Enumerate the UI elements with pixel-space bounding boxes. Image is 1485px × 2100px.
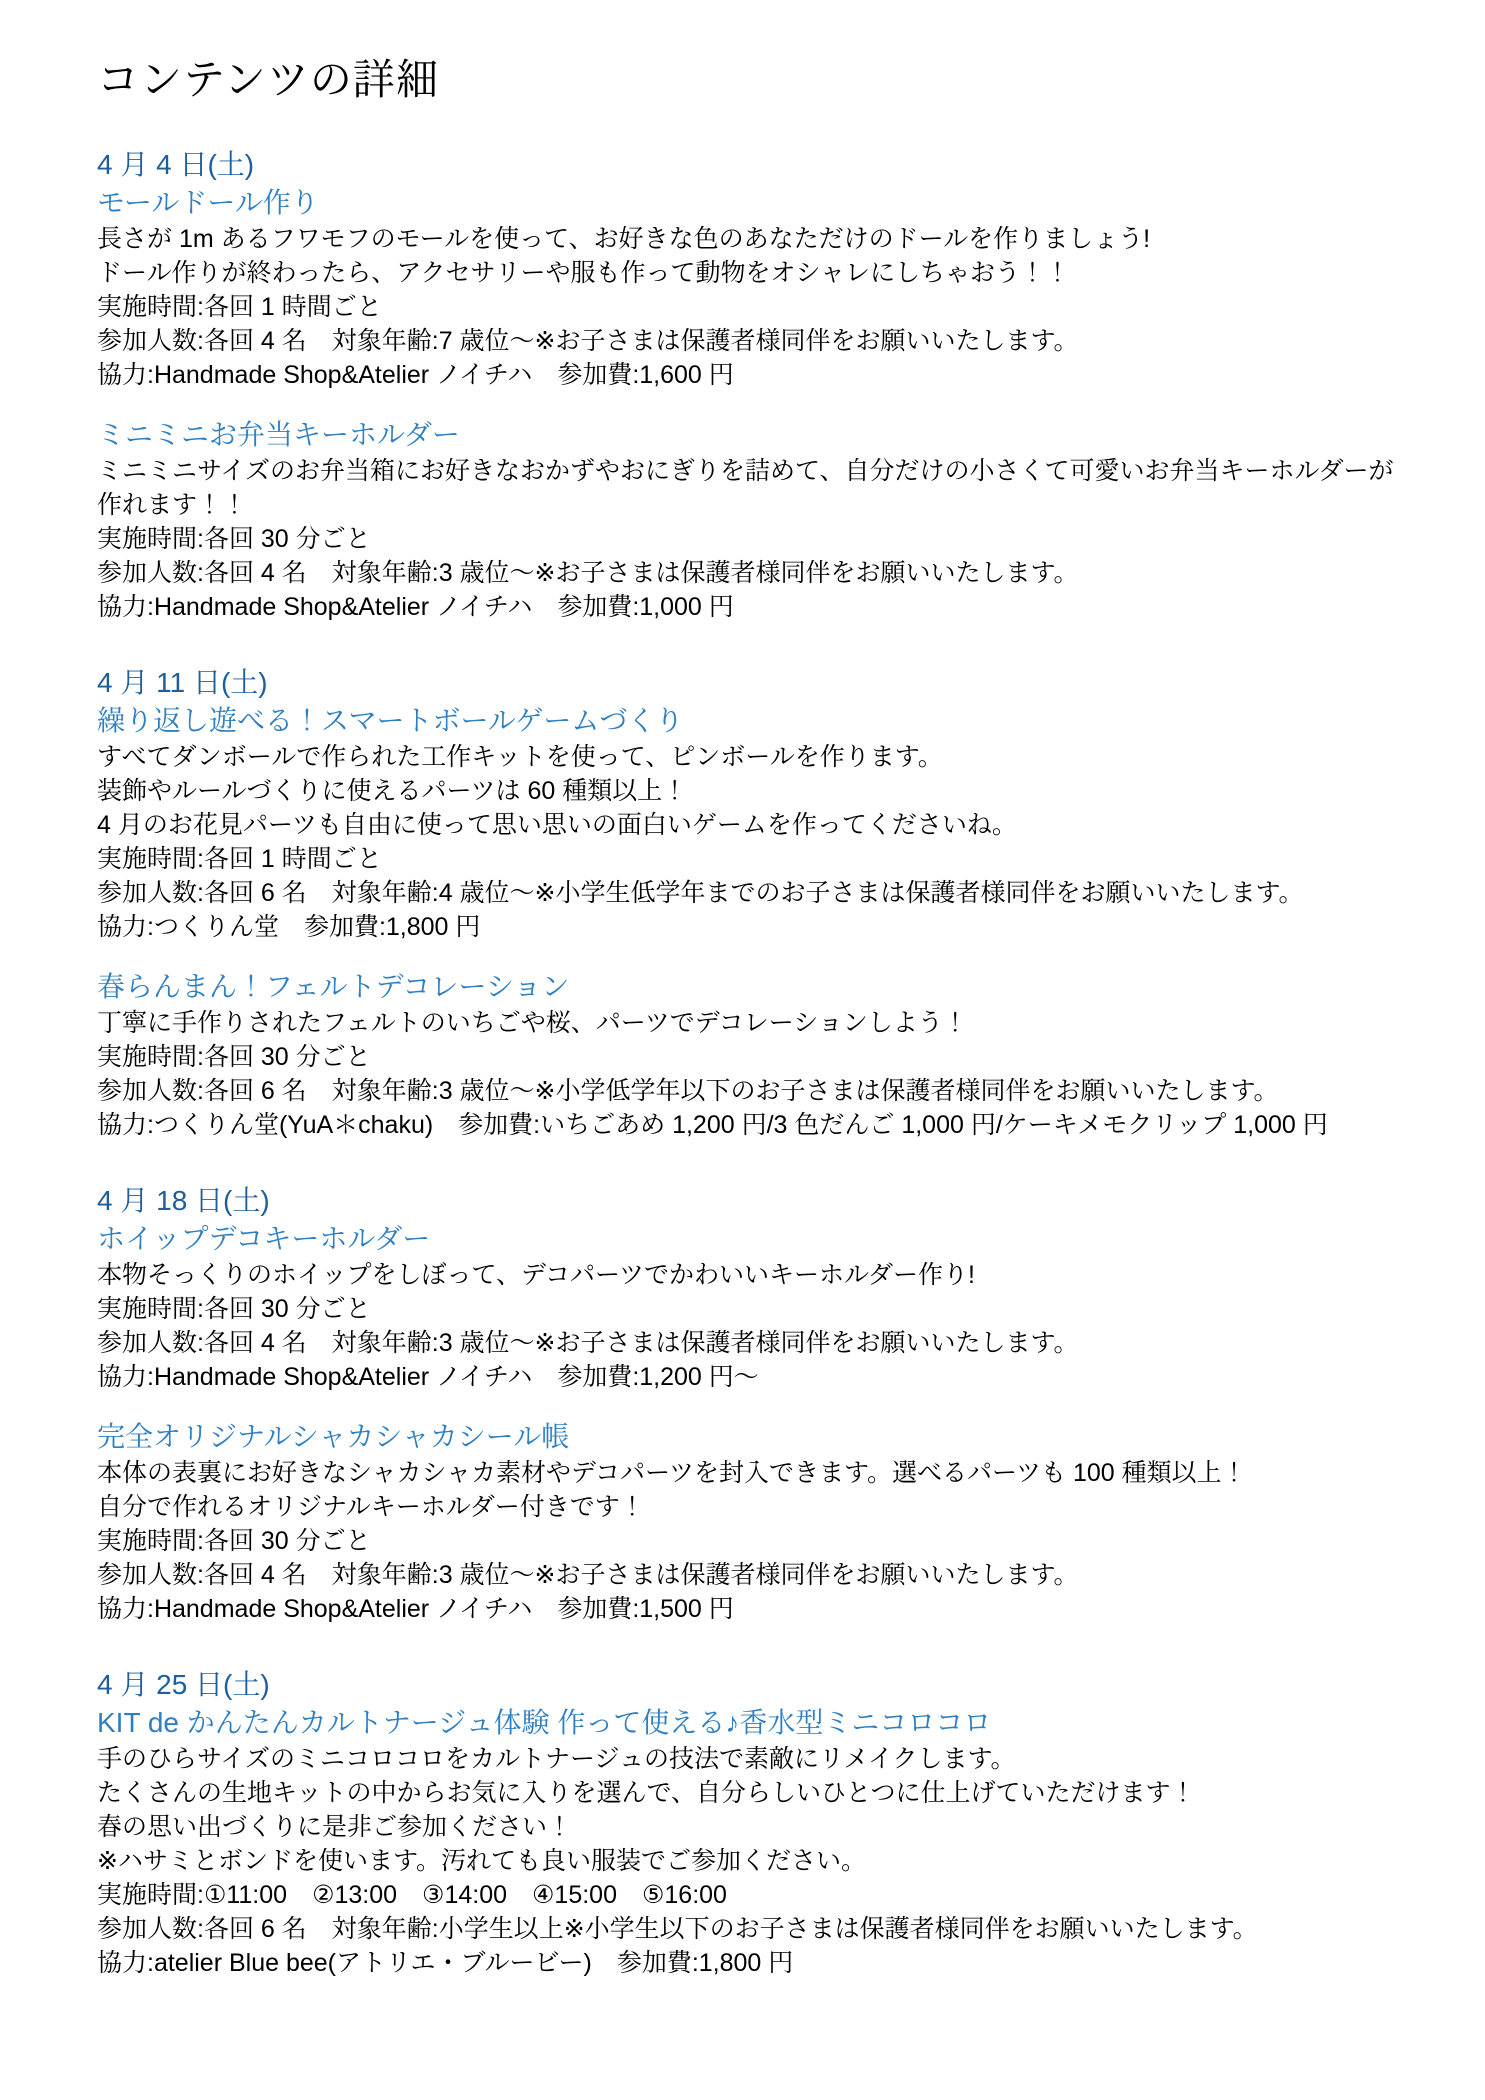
event-felt-decoration: 春らんまん！フェルトデコレーション 丁寧に手作りされたフェルトのいちごや桜、パー… bbox=[97, 968, 1445, 1142]
document-page: コンテンツの詳細 4 月 4 日(土) モールドール作り 長さが 1m あるフワ… bbox=[0, 0, 1485, 2100]
event-mini-bento-keyholder: ミニミニお弁当キーホルダー ミニミニサイズのお弁当箱にお好きなおかずやおにぎりを… bbox=[97, 416, 1445, 624]
event-description: 長さが 1m あるフワモフのモールを使って、お好きな色のあなただけのドールを作り… bbox=[97, 222, 1445, 256]
event-time: 実施時間:各回 1 時間ごと bbox=[97, 842, 1445, 876]
event-capacity-age: 参加人数:各回 6 名 対象年齢:小学生以上※小学生以下のお子さまは保護者様同伴… bbox=[97, 1912, 1445, 1946]
event-capacity-age: 参加人数:各回 4 名 対象年齢:7 歳位～※お子さまは保護者様同伴をお願いいた… bbox=[97, 324, 1445, 358]
event-description: 作れます！！ bbox=[97, 488, 1445, 522]
event-time: 実施時間:各回 30 分ごと bbox=[97, 1524, 1445, 1558]
event-shakashaka-sticker-book: 完全オリジナルシャカシャカシール帳 本体の表裏にお好きなシャカシャカ素材やデコパ… bbox=[97, 1418, 1445, 1626]
event-partner-fee: 協力:Handmade Shop&Atelier ノイチハ 参加費:1,500 … bbox=[97, 1592, 1445, 1626]
date-heading: 4 月 25 日(土) bbox=[97, 1666, 1445, 1704]
event-partner-fee: 協力:つくりん堂(YuA＊chaku) 参加費:いちごあめ 1,200 円/3 … bbox=[97, 1108, 1445, 1142]
date-group-april-11: 4 月 11 日(土) 繰り返し遊べる！スマートボールゲームづくり すべてダンボ… bbox=[97, 664, 1445, 1142]
event-partner-fee: 協力:atelier Blue bee(アトリエ・ブルービー) 参加費:1,80… bbox=[97, 1946, 1445, 1980]
event-whip-deco-keyholder: ホイップデコキーホルダー 本物そっくりのホイップをしぼって、デコパーツでかわいい… bbox=[97, 1220, 1445, 1394]
event-title: 春らんまん！フェルトデコレーション bbox=[97, 968, 1445, 1006]
date-group-april-4: 4 月 4 日(土) モールドール作り 長さが 1m あるフワモフのモールを使っ… bbox=[97, 146, 1445, 624]
event-description: ミニミニサイズのお弁当箱にお好きなおかずやおにぎりを詰めて、自分だけの小さくて可… bbox=[97, 454, 1445, 488]
event-description: 手のひらサイズのミニコロコロをカルトナージュの技法で素敵にリメイクします。 bbox=[97, 1742, 1445, 1776]
event-title: KIT de かんたんカルトナージュ体験 作って使える♪香水型ミニコロコロ bbox=[97, 1704, 1445, 1742]
event-description: 春の思い出づくりに是非ご参加ください！ bbox=[97, 1810, 1445, 1844]
event-smartball-game: 繰り返し遊べる！スマートボールゲームづくり すべてダンボールで作られた工作キット… bbox=[97, 702, 1445, 944]
event-partner-fee: 協力:Handmade Shop&Atelier ノイチハ 参加費:1,600 … bbox=[97, 358, 1445, 392]
event-cartonnage-mini-roller: KIT de かんたんカルトナージュ体験 作って使える♪香水型ミニコロコロ 手の… bbox=[97, 1704, 1445, 1980]
event-description: たくさんの生地キットの中からお気に入りを選んで、自分らしいひとつに仕上げていただ… bbox=[97, 1776, 1445, 1810]
event-time: 実施時間:各回 1 時間ごと bbox=[97, 290, 1445, 324]
event-description: すべてダンボールで作られた工作キットを使って、ピンボールを作ります。 bbox=[97, 740, 1445, 774]
event-description: 本物そっくりのホイップをしぼって、デコパーツでかわいいキーホルダー作り! bbox=[97, 1258, 1445, 1292]
event-time: 実施時間:各回 30 分ごと bbox=[97, 1292, 1445, 1326]
event-partner-fee: 協力:Handmade Shop&Atelier ノイチハ 参加費:1,200 … bbox=[97, 1360, 1445, 1394]
date-group-april-18: 4 月 18 日(土) ホイップデコキーホルダー 本物そっくりのホイップをしぼっ… bbox=[97, 1182, 1445, 1626]
event-title: ホイップデコキーホルダー bbox=[97, 1220, 1445, 1258]
event-note: ※ハサミとボンドを使います。汚れても良い服装でご参加ください。 bbox=[97, 1844, 1445, 1878]
page-title: コンテンツの詳細 bbox=[97, 54, 1445, 106]
event-capacity-age: 参加人数:各回 6 名 対象年齢:3 歳位～※小学低学年以下のお子さまは保護者様… bbox=[97, 1074, 1445, 1108]
event-title: 繰り返し遊べる！スマートボールゲームづくり bbox=[97, 702, 1445, 740]
date-heading: 4 月 18 日(土) bbox=[97, 1182, 1445, 1220]
event-description: ドール作りが終わったら、アクセサリーや服も作って動物をオシャレにしちゃおう！！ bbox=[97, 256, 1445, 290]
event-time: 実施時間:①11:00 ②13:00 ③14:00 ④15:00 ⑤16:00 bbox=[97, 1878, 1445, 1912]
event-title: ミニミニお弁当キーホルダー bbox=[97, 416, 1445, 454]
date-heading: 4 月 4 日(土) bbox=[97, 146, 1445, 184]
event-description: 4 月のお花見パーツも自由に使って思い思いの面白いゲームを作ってくださいね。 bbox=[97, 808, 1445, 842]
event-time: 実施時間:各回 30 分ごと bbox=[97, 1040, 1445, 1074]
event-description: 本体の表裏にお好きなシャカシャカ素材やデコパーツを封入できます。選べるパーツも … bbox=[97, 1456, 1445, 1490]
event-mall-doll: モールドール作り 長さが 1m あるフワモフのモールを使って、お好きな色のあなた… bbox=[97, 184, 1445, 392]
date-heading: 4 月 11 日(土) bbox=[97, 664, 1445, 702]
event-capacity-age: 参加人数:各回 4 名 対象年齢:3 歳位～※お子さまは保護者様同伴をお願いいた… bbox=[97, 1326, 1445, 1360]
event-capacity-age: 参加人数:各回 4 名 対象年齢:3 歳位～※お子さまは保護者様同伴をお願いいた… bbox=[97, 1558, 1445, 1592]
event-description: 丁寧に手作りされたフェルトのいちごや桜、パーツでデコレーションしよう！ bbox=[97, 1006, 1445, 1040]
event-title: モールドール作り bbox=[97, 184, 1445, 222]
event-partner-fee: 協力:つくりん堂 参加費:1,800 円 bbox=[97, 910, 1445, 944]
event-capacity-age: 参加人数:各回 6 名 対象年齢:4 歳位～※小学生低学年までのお子さまは保護者… bbox=[97, 876, 1445, 910]
event-time: 実施時間:各回 30 分ごと bbox=[97, 522, 1445, 556]
event-capacity-age: 参加人数:各回 4 名 対象年齢:3 歳位～※お子さまは保護者様同伴をお願いいた… bbox=[97, 556, 1445, 590]
event-partner-fee: 協力:Handmade Shop&Atelier ノイチハ 参加費:1,000 … bbox=[97, 590, 1445, 624]
event-description: 装飾やルールづくりに使えるパーツは 60 種類以上！ bbox=[97, 774, 1445, 808]
event-description: 自分で作れるオリジナルキーホルダー付きです！ bbox=[97, 1490, 1445, 1524]
date-group-april-25: 4 月 25 日(土) KIT de かんたんカルトナージュ体験 作って使える♪… bbox=[97, 1666, 1445, 1980]
event-title: 完全オリジナルシャカシャカシール帳 bbox=[97, 1418, 1445, 1456]
